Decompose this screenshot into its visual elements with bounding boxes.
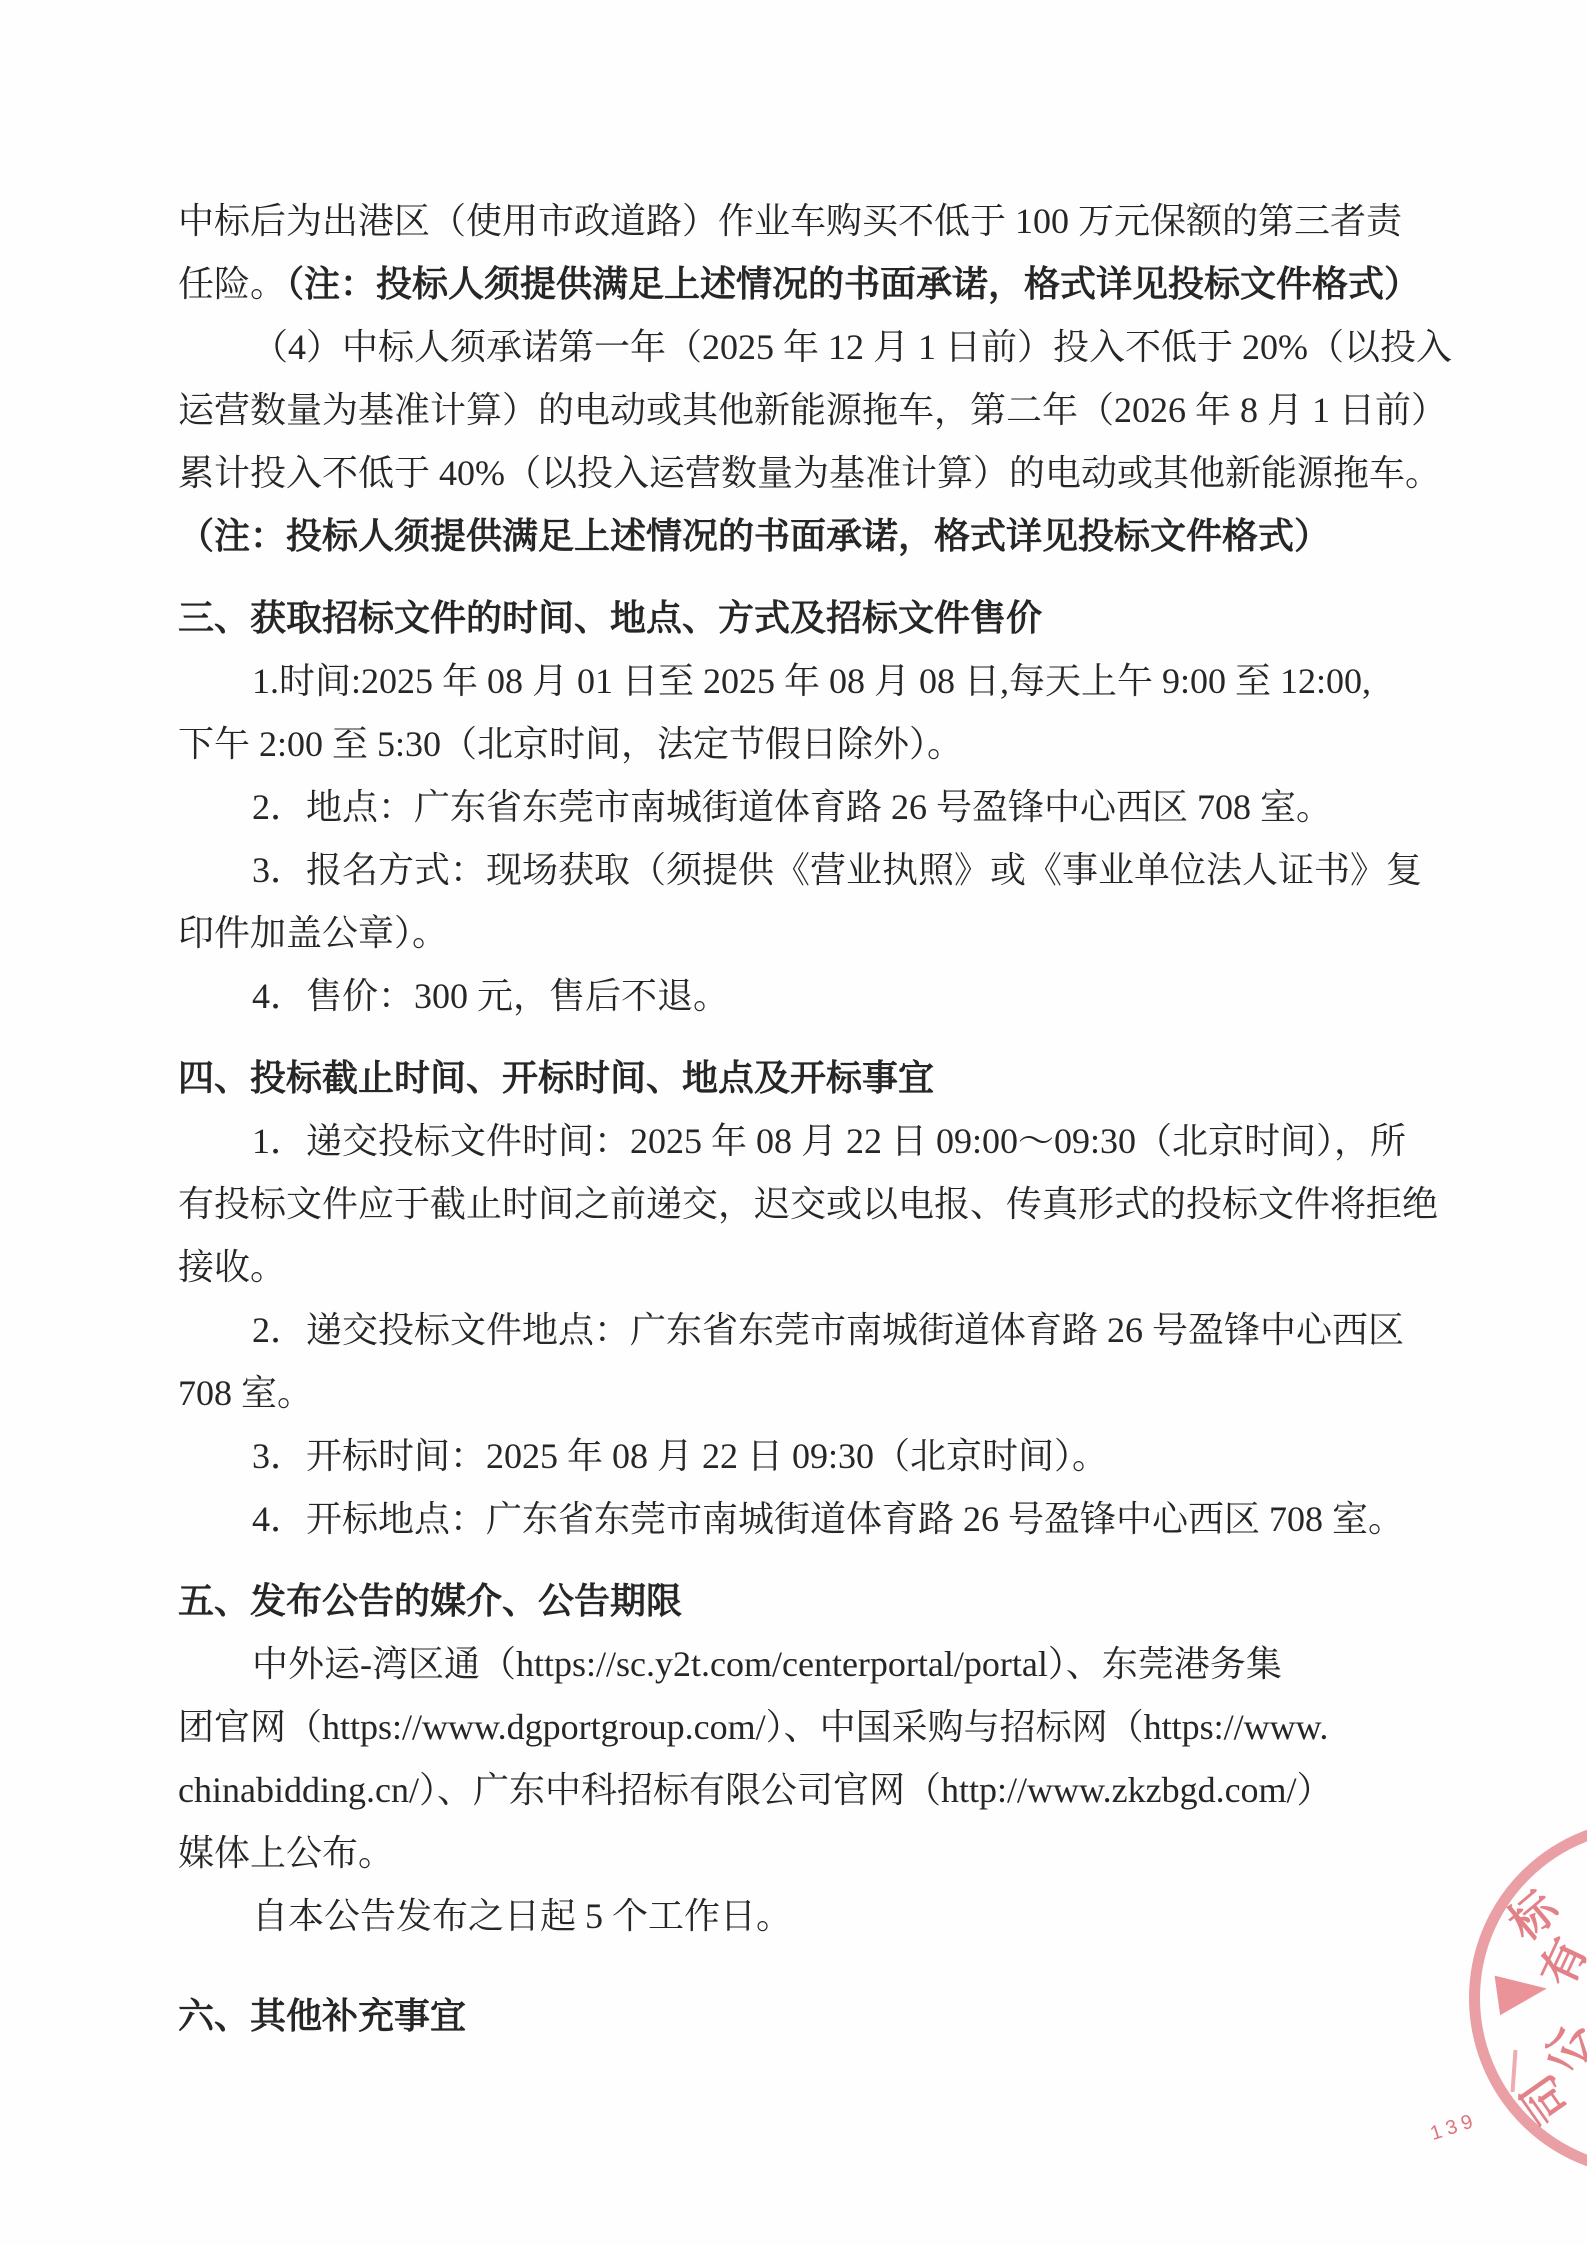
intro-line-2: 任险。（注：投标人须提供满足上述情况的书面承诺，格式详见投标文件格式） [178, 253, 1418, 316]
stamp-char-4: 司 [1503, 2063, 1583, 2139]
document-body: 中标后为出港区（使用市政道路）作业车购买不低于 100 万元保额的第三者责 任险… [178, 190, 1418, 2048]
intro-line-5: 累计投入不低于 40%（以投入运营数量为基准计算）的电动或其他新能源拖车。 [178, 442, 1418, 505]
section-5-line-2: 团官网（https://www.dgportgroup.com/）、中国采购与招… [178, 1696, 1418, 1759]
section-4-line-1: 1．递交投标文件时间：2025 年 08 月 22 日 09:00～09:30（… [178, 1110, 1418, 1173]
section-4-line-2: 有投标文件应于截止时间之前递交，迟交或以电报、传真形式的投标文件将拒绝 [178, 1173, 1418, 1236]
section-3-line-1: 1.时间:2025 年 08 月 01 日至 2025 年 08 月 08 日,… [178, 650, 1418, 713]
section-5-line-5: 自本公告发布之日起 5 个工作日。 [178, 1885, 1418, 1948]
section-3-line-2: 下午 2:00 至 5:30（北京时间，法定节假日除外）。 [178, 713, 1418, 776]
intro-line-2-normal: 任险。 [178, 264, 286, 304]
section-3-line-6: 4．售价：300 元，售后不退。 [178, 965, 1418, 1028]
intro-line-2-note-bold: （注：投标人须提供满足上述情况的书面承诺，格式详见投标文件格式） [286, 264, 1420, 304]
section-3-line-4: 3．报名方式：现场获取（须提供《营业执照》或《事业单位法人证书》复 [178, 839, 1418, 902]
stamp-char-3: 公 [1529, 2021, 1587, 2078]
stamp-serial-number: 139 [1428, 2109, 1481, 2146]
section-4-line-3: 接收。 [178, 1236, 1418, 1299]
section-4-line-5: 708 室。 [178, 1362, 1418, 1425]
intro-line-6-note-bold: （注：投标人须提供满足上述情况的书面承诺，格式详见投标文件格式） [178, 505, 1418, 568]
section-5-heading: 五、发布公告的媒介、公告期限 [178, 1570, 1418, 1633]
intro-line-3: （4）中标人须承诺第一年（2025 年 12 月 1 日前）投入不低于 20%（… [178, 316, 1418, 379]
section-5-line-1: 中外运-湾区通（https://sc.y2t.com/centerportal/… [178, 1633, 1418, 1696]
section-5-line-3: chinabidding.cn/）、广东中科招标有限公司官网（http://ww… [178, 1759, 1418, 1822]
stamp-circle-border [1469, 1819, 1587, 2177]
section-4-line-6: 3．开标时间：2025 年 08 月 22 日 09:30（北京时间）。 [178, 1425, 1418, 1488]
stamp-star-point-icon [1494, 1969, 1549, 2016]
section-5-line-4: 媒体上公布。 [178, 1822, 1418, 1885]
section-4-line-4: 2．递交投标文件地点：广东省东莞市南城街道体育路 26 号盈锋中心西区 [178, 1299, 1418, 1362]
section-4-line-7: 4．开标地点：广东省东莞市南城街道体育路 26 号盈锋中心西区 708 室。 [178, 1488, 1418, 1551]
section-3-line-3: 2．地点：广东省东莞市南城街道体育路 26 号盈锋中心西区 708 室。 [178, 776, 1418, 839]
intro-line-1: 中标后为出港区（使用市政道路）作业车购买不低于 100 万元保额的第三者责 [178, 190, 1418, 253]
stamp-stray-mark [1511, 2050, 1518, 2092]
section-6-heading: 六、其他补充事宜 [178, 1985, 1418, 2048]
section-3-heading: 三、获取招标文件的时间、地点、方式及招标文件售价 [178, 587, 1418, 650]
stamp-char-2: 有 [1521, 1926, 1587, 1996]
tender-notice-page: 中标后为出港区（使用市政道路）作业车购买不低于 100 万元保额的第三者责 任险… [0, 0, 1587, 2245]
stamp-char-1: 标 [1492, 1873, 1570, 1953]
intro-line-4: 运营数量为基准计算）的电动或其他新能源拖车，第二年（2026 年 8 月 1 日… [178, 379, 1418, 442]
section-4-heading: 四、投标截止时间、开标时间、地点及开标事宜 [178, 1047, 1418, 1110]
section-3-line-5: 印件加盖公章）。 [178, 902, 1418, 965]
